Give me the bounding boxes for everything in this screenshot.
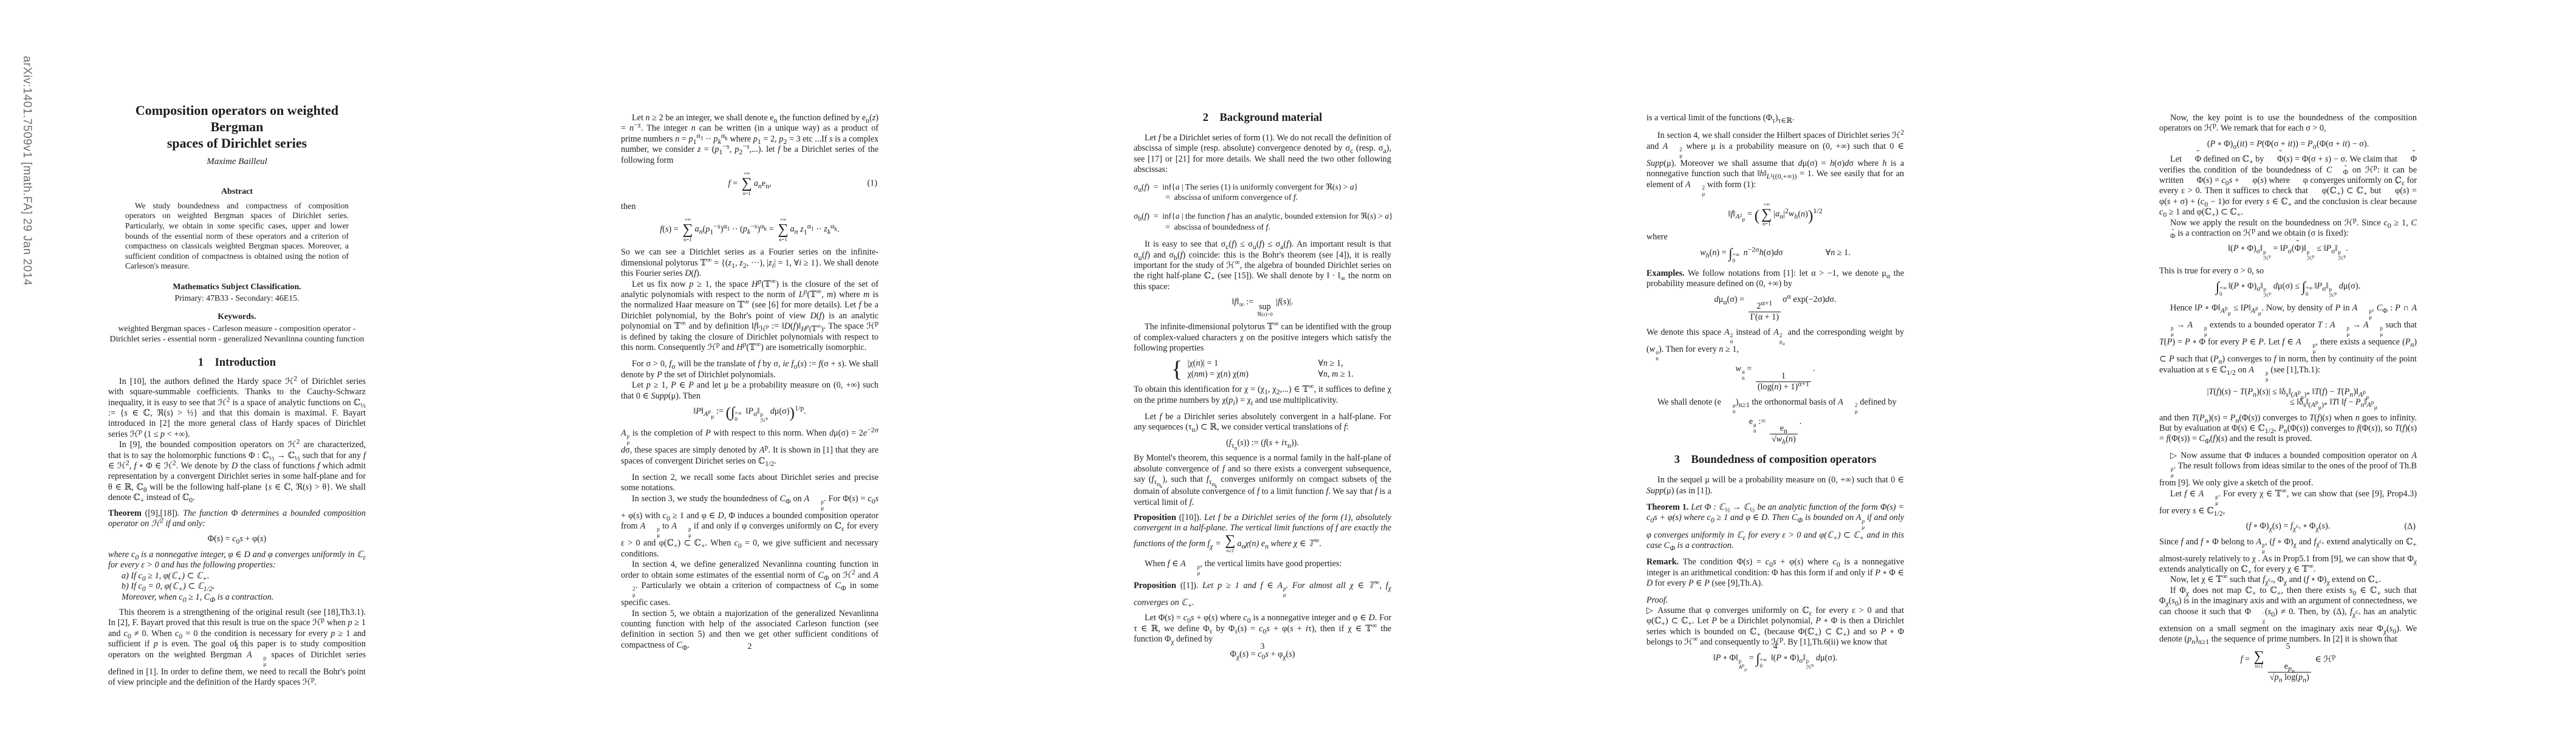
display-equation: eμn := en√wh(n).: [1646, 417, 1904, 445]
page-5: Now, the key point is to use the bounded…: [2159, 0, 2417, 729]
abscissa-definition: σu(f) = inf{a | The series (1) is unifor…: [1134, 182, 1391, 203]
theorem: Theorem ([9],[18]). The function Φ deter…: [108, 508, 366, 530]
page-4: is a vertical limit of the functions (Φτ…: [1646, 0, 1904, 729]
paragraph: The infinite-dimensional polytorus 𝕋∞ ca…: [1134, 322, 1391, 354]
arxiv-watermark: arXiv:1401.7509v1 [math.FA] 29 Jan 2014: [20, 56, 33, 286]
page-2: Let n ≥ 2 be an integer, we shall denote…: [621, 0, 879, 729]
page-number: 1: [108, 642, 366, 652]
paragraph: This is true for every σ > 0, so: [2159, 266, 2417, 276]
section-heading: 1 Introduction: [108, 356, 366, 369]
display-equation: ‖f‖∞ := supℜ(s)>0 |f(s)|.: [1134, 297, 1391, 317]
paragraph: and then T(Pn)(s) = Pn(Φ(s)) converges t…: [2159, 413, 2417, 445]
page-number: 4: [1646, 642, 1904, 652]
paragraph: Let p ≥ 1, P ∈ P and let μ be a probabil…: [621, 380, 879, 402]
paragraph: Let n ≥ 2 be an integer, we shall denote…: [621, 113, 879, 166]
section-heading: 3 Boundedness of composition operators: [1646, 453, 1904, 467]
page-number: 2: [621, 642, 879, 652]
paragraph: Let f be a Dirichlet series of form (1).…: [1134, 133, 1391, 176]
keywords-heading: Keywords.: [108, 311, 366, 321]
paragraph: We denote this space A2α instead of A2μα…: [1646, 327, 1904, 361]
paragraph: Apμ is the completion of P with respect …: [621, 428, 879, 467]
display-equation: (fτn(s)) := (f(s + iτn)).: [1134, 438, 1391, 448]
paragraph: Let f be a Dirichlet series absolutely c…: [1134, 412, 1391, 433]
text-line: where: [1646, 232, 1904, 242]
proposition: Proposition ([10]). Let f be a Dirichlet…: [1134, 513, 1391, 554]
section-heading: 2 Background material: [1134, 111, 1391, 125]
paragraph: For σ > 0, fσ will be the translate of f…: [621, 359, 879, 380]
display-equation: (f ∘ Φ)χ(s) = fχc₀ ∘ Φχ(s).(Δ): [2159, 521, 2417, 532]
page-3: 2 Background materialLet f be a Dirichle…: [1134, 0, 1391, 729]
display-equation: f(s) = +∞∑n=1an(p1−s)α1 ·· (pk−s)αk = +∞…: [621, 217, 879, 242]
paragraph: Now, let χ ∈ 𝕋∞ such that fχc₀, Φχ and (…: [2159, 575, 2417, 585]
paragraph: In section 4, we shall consider the Hilb…: [1646, 131, 1904, 196]
equation-tag: (Δ): [2404, 521, 2416, 532]
keywords-text: weighted Bergman spaces - Carleson measu…: [108, 323, 366, 344]
paragraph: Since f and f ∘ Φ belong to Apμ, (f ∘ Φ)…: [2159, 537, 2417, 575]
display-equation: Φ(s) = c0s + φ(s): [108, 534, 366, 544]
paragraph: So we can see a Dirichlet series as a Fo…: [621, 247, 879, 279]
abscissa-definition: σb(f) = inf{a | the function f has an an…: [1134, 211, 1391, 232]
paragraph: is a vertical limit of the functions (Φτ…: [1646, 113, 1904, 123]
paragraph: If Φχ does not map ℂ+ to ℂ+, then there …: [2159, 586, 2417, 645]
display-equation: |T(f)(s) − T(Pn)(s)| ≤ ‖δs‖(Apμ)* ‖T(f) …: [2159, 387, 2417, 408]
paragraph: It is easy to see that σc(f) ≤ σu(f) ≤ σ…: [1134, 239, 1391, 292]
paragraph: Let Φ(s) = c0s + φ(s) where c0 is a nonn…: [1134, 613, 1391, 645]
equation-tag: (1): [867, 179, 877, 189]
theorem: where c0 is a nonnegative integer, φ ∈ D…: [108, 550, 366, 571]
display-equation: (P ∘ Φ)σ(it) = P(Φ(σ + it)) = Pσ(Φ(σ + i…: [2159, 139, 2417, 149]
paragraph: Let us fix now p ≥ 1, the space Hp(𝕋∞) i…: [621, 279, 879, 354]
theorem: Theorem 1. Let Φ : ℂ½ → ℂ½ be an analyti…: [1646, 502, 1904, 551]
paragraph: To obtain this identification for χ = (χ…: [1134, 385, 1391, 406]
msc-text: Primary: 47B33 - Secondary: 46E15.: [108, 293, 366, 303]
paragraph: ▷ Now assume that Φ induces a bounded co…: [2159, 451, 2417, 489]
paragraph: Let Φ defined on ℂ+ by Φ(s) = Φ(σ + s) −…: [2159, 154, 2417, 217]
abstract-text: We study boundedness and compactness of …: [125, 201, 349, 272]
display-equation: dμα(σ) = 2α+1Γ(α + 1)σα exp(−2σ)dσ.: [1646, 295, 1904, 323]
paragraph: In [10], the authors defined the Hardy s…: [108, 377, 366, 440]
proposition: Proposition ([1]). Let p ≥ 1 and f ∈ Apμ…: [1134, 581, 1391, 608]
display-equation: ‖(P ∘ Φ)σ‖pℋp = ‖Pσ(Φ)‖pℋp ≤ ‖Pσ‖pℋp.: [2159, 244, 2417, 261]
abstract-heading: Abstract: [108, 187, 366, 197]
display-equation: wαn = 1(log(n) + 1)α+1.: [1646, 364, 1904, 392]
display-equation: wh(n) = ∫+∞0 n−2σh(σ)dσ∀n ≥ 1.: [1646, 248, 1904, 264]
paragraph: When f ∈ Apμ, the vertical limits have g…: [1134, 559, 1391, 576]
paragraph: We shall denote (eμn)n≥1 the orthonormal…: [1646, 397, 1904, 414]
display-equation: f = ∑n≥1epn√pn log(pn) ∈ ℋp: [2159, 650, 2417, 683]
paragraph: Hence ‖P ∘ Φ‖Apμ ≤ ‖P‖Apμ. Now, by densi…: [2159, 303, 2417, 382]
display-equation: ‖P‖Apμ := (∫+∞0 ‖Pσ‖pℋp dμ(σ))1/p.: [621, 406, 879, 423]
msc-heading: Mathematics Subject Classification.: [108, 281, 366, 292]
examples: Examples. We follow notations from [1]: …: [1646, 269, 1904, 290]
paragraph: In [9], the bounded composition operator…: [108, 440, 366, 503]
page-number: 3: [1134, 642, 1391, 652]
display-equation: ‖P ∘ Φ‖pApμ = ∫+∞0 ‖(P ∘ Φ)σ‖pℋp dμ(σ).: [1646, 653, 1904, 670]
paper-title: Composition operators on weighted Bergma…: [108, 102, 366, 151]
paper-screenshot: { "watermark": "arXiv:1401.7509v1 [math.…: [0, 0, 2576, 729]
text-line: then: [621, 202, 879, 212]
paragraph: In the sequel μ will be a probability me…: [1646, 475, 1904, 496]
theorem-item: a) If c0 ≥ 1, φ(ℂ+) ⊂ ℂ+.: [108, 571, 366, 581]
display-equation: ∫+∞0‖(P ∘ Φ)σ‖pℋp dμ(σ) ≤ ∫+∞0‖Pσ‖pℋp dμ…: [2159, 281, 2417, 298]
display-equation: ‖f‖A²μ = (+∞∑n=1|an|2wh(n))1/2: [1646, 202, 1904, 227]
display-equation: {|χ(n)| = 1∀n ≥ 1,χ(nm) = χ(n) χ(m)∀n, m…: [1134, 358, 1391, 380]
paragraph: Now we apply the result on the boundedne…: [2159, 218, 2417, 239]
paragraph: In section 2, we recall some facts about…: [621, 473, 879, 494]
proof-label: Proof.: [1646, 595, 1904, 606]
display-equation: f = +∞∑n=1anen,(1): [621, 171, 879, 196]
paragraph: In section 3, we study the boundedness o…: [621, 494, 879, 560]
theorem-item: b) If c0 = 0, φ(ℂ+) ⊂ ℂ1/2.: [108, 581, 366, 592]
paragraph: In section 4, we define generalized Neva…: [621, 560, 879, 608]
page-number: 5: [2159, 642, 2417, 652]
paragraph: By Montel's theorem, this sequence is a …: [1134, 453, 1391, 508]
paragraph: Let f ∈ Apμ. For every χ ∈ 𝕋∞, we can sh…: [2159, 489, 2417, 516]
theorem-item: Moreover, when c0 ≥ 1, CΦ is a contracti…: [108, 592, 366, 603]
paragraph: Now, the key point is to use the bounded…: [2159, 113, 2417, 134]
author-name: Maxime Bailleul: [108, 157, 366, 167]
page-1: Composition operators on weighted Bergma…: [108, 0, 366, 729]
remark: Remark. The condition Φ(s) = c0s + φ(s) …: [1646, 557, 1904, 589]
